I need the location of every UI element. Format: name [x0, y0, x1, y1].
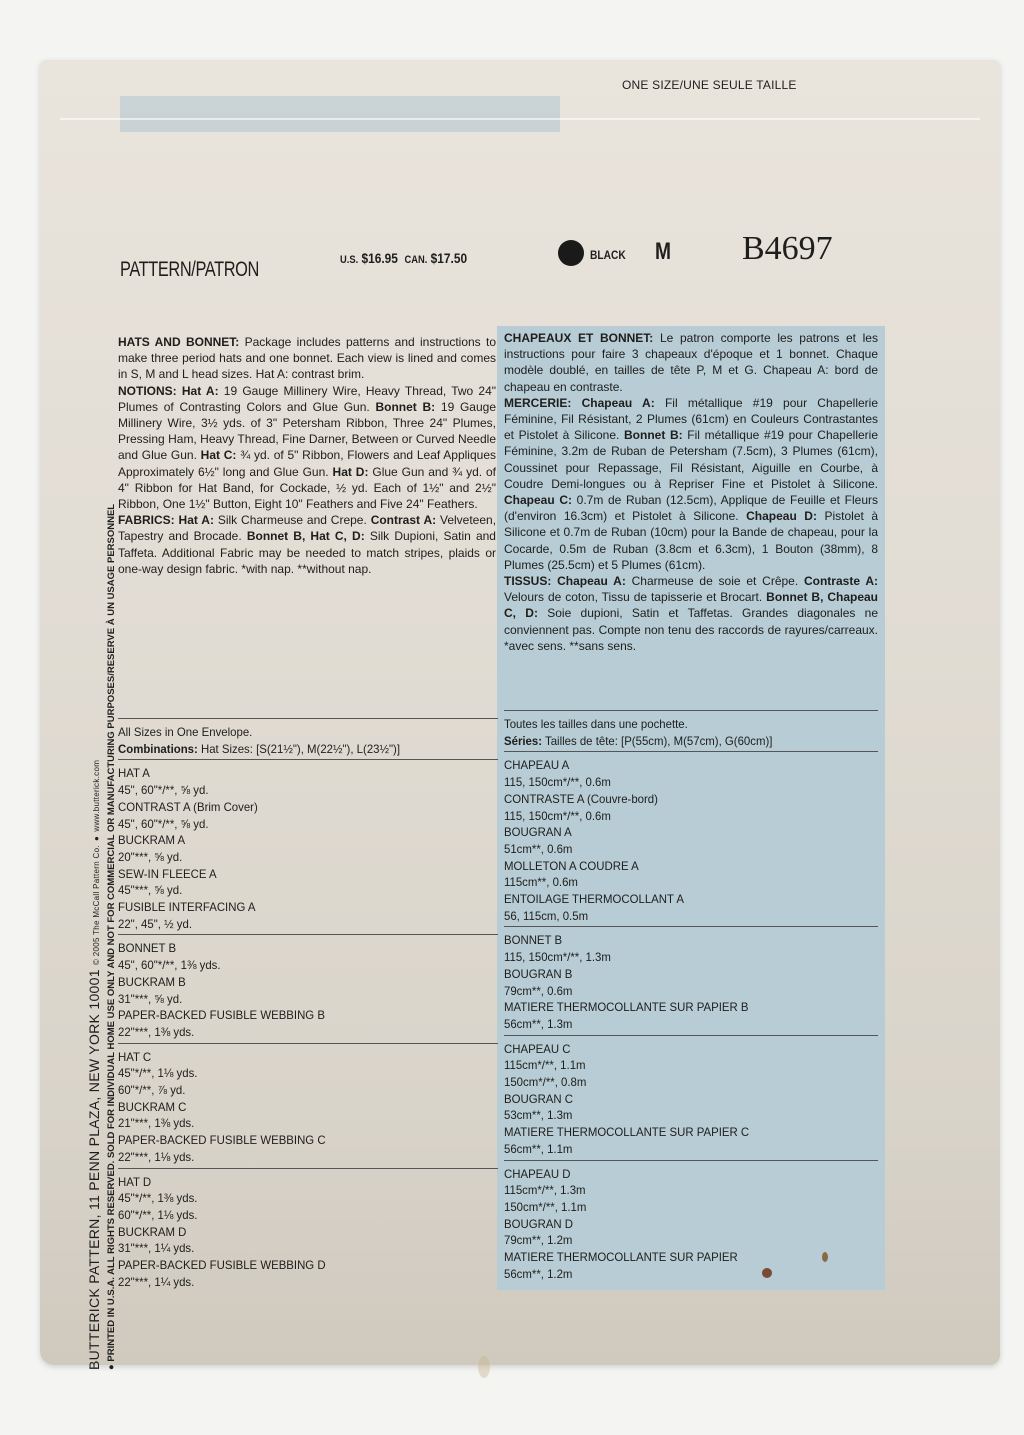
- divider: [504, 1035, 878, 1036]
- english-yardage-chart: All Sizes in One Envelope. Combinations:…: [118, 724, 498, 1291]
- yardage-item-label: BUCKRAM A: [118, 832, 479, 849]
- divider: [504, 751, 878, 752]
- envelope-header: PATTERN/PATRON U.S. $16.95 CAN. $17.50 B…: [0, 238, 1024, 278]
- publisher-vertical-text: BUTTERICK PATTERN, 11 PENN PLAZA, NEW YO…: [86, 760, 102, 1370]
- yardage-item-label: MATIERE THERMOCOLLANTE SUR PAPIER B: [504, 999, 859, 1016]
- yardage-item-value: BUCKRAM C: [118, 1099, 479, 1116]
- yardage-item-value: 45", 60"*/**, 1⅜ yds.: [118, 957, 479, 974]
- copyright: © 2005 The McCall Pattern Co.: [92, 845, 101, 965]
- yardage-item-label: HAT A: [118, 765, 479, 782]
- yardage-item-label: CHAPEAU D: [504, 1166, 859, 1183]
- torn-flap-strip: [120, 96, 560, 132]
- yardage-item-value: 56, 115cm, 0.5m: [504, 908, 859, 925]
- flap-fold-line: [60, 118, 980, 120]
- can-price: $17.50: [431, 250, 467, 266]
- publisher-address: BUTTERICK PATTERN, 11 PENN PLAZA, NEW YO…: [86, 969, 102, 1370]
- intro-heading: HATS AND BONNET:: [118, 335, 239, 349]
- yardage-item-label: 22"***, 1⅛ yds.: [118, 1149, 479, 1166]
- color-name: BLACK: [590, 248, 626, 262]
- yardage-item-label: ENTOILAGE THERMOCOLLANT A: [504, 891, 859, 908]
- divider: [118, 934, 498, 935]
- combinations-sizes: Hat Sizes: [S(21½"), M(22½"), L(23½")]: [201, 742, 400, 756]
- yardage-item-label: BOUGRAN A: [504, 824, 859, 841]
- yardage-item-label: 79cm**, 1.2m: [504, 1232, 859, 1249]
- yardage-item-label: 56cm**, 1.2m: [504, 1266, 859, 1283]
- yardage-item-label: BONNET B: [504, 932, 859, 949]
- yardage-item-value: 115, 150cm*/**, 1.3m: [504, 949, 859, 966]
- rights-notice: PRINTED IN U.S.A. ALL RIGHTS RESERVED. S…: [106, 504, 117, 1362]
- yardage-item-value: 115cm*/**, 1.1m: [504, 1057, 859, 1074]
- yardage-item-value: 115cm*/**, 1.3m: [504, 1182, 859, 1199]
- yardage-item-value: 22", 45", ½ yd.: [118, 916, 479, 933]
- yardage-item-label: BUCKRAM B: [118, 974, 479, 991]
- yardage-item-value: 45"*/**, 1⅜ yds.: [118, 1190, 479, 1207]
- mercerie-chapeau-d-heading: Chapeau D:: [746, 509, 817, 523]
- fabrics-heading: FABRICS: Hat A:: [118, 513, 214, 527]
- fabrics-contrast-heading: Contrast A:: [371, 513, 436, 527]
- website: www.butterick.com: [92, 760, 101, 832]
- fabrics-hat-a: Silk Charmeuse and Crepe.: [218, 513, 367, 527]
- divider: [118, 1043, 498, 1044]
- divider: [504, 1160, 878, 1161]
- rights-vertical-text: ● PRINTED IN U.S.A. ALL RIGHTS RESERVED.…: [106, 504, 117, 1370]
- yardage-item-value: BUCKRAM D: [118, 1224, 479, 1241]
- combinations-row: Combinations: Hat Sizes: [S(21½"), M(22½…: [118, 741, 479, 758]
- divider: [504, 710, 878, 711]
- notions-bonnet-b-heading: Bonnet B:: [375, 400, 435, 414]
- tissus-contrast-heading: Contraste A:: [804, 574, 878, 588]
- mercerie-heading: MERCERIE: Chapeau A:: [504, 396, 655, 410]
- yardage-item-label: PAPER-BACKED FUSIBLE WEBBING B: [118, 1007, 479, 1024]
- notions-heading: NOTIONS: Hat A:: [118, 384, 219, 398]
- series-sizes: Tailles de tête: [P(55cm), M(57cm), G(60…: [545, 734, 772, 748]
- tissus-heading: TISSUS: Chapeau A:: [504, 574, 626, 588]
- yardage-item-value: 20"***, ⅝ yd.: [118, 849, 479, 866]
- pattern-label: PATTERN/PATRON: [120, 258, 259, 282]
- yardage-item-value: 79cm**, 0.6m: [504, 983, 859, 1000]
- yardage-item-value: 45", 60"*/**, ⅝ yd.: [118, 816, 479, 833]
- intro-heading-fr: CHAPEAUX ET BONNET:: [504, 331, 653, 345]
- tissus-chapeau-a: Charmeuse de soie et Crêpe.: [632, 574, 799, 588]
- english-description: HATS AND BONNET: Package includes patter…: [118, 334, 496, 577]
- yardage-item-value: BOUGRAN C: [504, 1091, 859, 1108]
- combinations-heading: Combinations:: [118, 742, 198, 756]
- yardage-item-value: BOUGRAN D: [504, 1216, 859, 1233]
- size-code: M: [655, 238, 671, 266]
- yardage-item-value: 31"***, ⅝ yd.: [118, 991, 479, 1008]
- yardage-item-value: 45"***, ⅝ yd.: [118, 882, 479, 899]
- can-price-label: CAN.: [405, 254, 428, 266]
- yardage-item-label: CONTRASTE A (Couvre-bord): [504, 791, 859, 808]
- yardage-item-label: CHAPEAU A: [504, 757, 859, 774]
- stain-mark: [822, 1252, 828, 1262]
- yardage-item-label: 21"***, 1⅜ yds.: [118, 1115, 479, 1132]
- yardage-item-label: 22"***, 1¼ yds.: [118, 1274, 479, 1291]
- yardage-item-label: 60"*/**, 1⅛ yds.: [118, 1207, 479, 1224]
- yardage-item-label: 150cm*/**, 1.1m: [504, 1199, 859, 1216]
- us-price-label: U.S.: [340, 254, 358, 266]
- yardage-item-label: BOUGRAN B: [504, 966, 859, 983]
- divider: [118, 759, 498, 760]
- yardage-item-label: SEW-IN FLEECE A: [118, 866, 479, 883]
- yardage-item-value: 45"*/**, 1⅛ yds.: [118, 1065, 479, 1082]
- bullet-icon: ●: [92, 836, 101, 841]
- yardage-item-label: HAT D: [118, 1174, 479, 1191]
- yardage-item-value: 51cm**, 0.6m: [504, 841, 859, 858]
- yardage-item-label: 60"*/**, ⅞ yd.: [118, 1082, 479, 1099]
- yardage-item-value: 45", 60"*/**, ⅝ yd.: [118, 782, 479, 799]
- yardage-item-label: HAT C: [118, 1049, 479, 1066]
- size-label: ONE SIZE/UNE SEULE TAILLE: [622, 78, 797, 92]
- yardage-item-value: 115cm**, 0.6m: [504, 874, 859, 891]
- tissus-bcd: Soie dupioni, Satin et Taffetas. Grandes…: [504, 606, 878, 652]
- french-yardage-groups: CHAPEAU A115, 150cm*/**, 0.6mCONTRASTE A…: [504, 757, 878, 1282]
- yardage-item-value: 56cm**, 1.3m: [504, 1016, 859, 1033]
- mercerie-chapeau-c-heading: Chapeau C:: [504, 493, 572, 507]
- series-heading: Séries:: [504, 734, 542, 748]
- french-yardage-chart: Toutes les tailles dans une pochette. Sé…: [504, 714, 878, 1283]
- french-description: CHAPEAUX ET BONNET: Le patron comporte l…: [504, 330, 878, 654]
- us-price: $16.95: [362, 250, 398, 266]
- stain-mark: [762, 1268, 772, 1278]
- yardage-item-label: MOLLETON A COUDRE A: [504, 858, 859, 875]
- divider: [118, 1168, 498, 1169]
- color-dot-icon: [558, 240, 584, 266]
- divider: [118, 718, 498, 719]
- price-block: U.S. $16.95 CAN. $17.50: [340, 250, 467, 266]
- yardage-item-value: 22"***, 1⅜ yds.: [118, 1024, 479, 1041]
- bullet-icon: ●: [106, 1362, 117, 1370]
- yardage-item-value: 115, 150cm*/**, 0.6m: [504, 808, 859, 825]
- pattern-number: B4697: [742, 230, 833, 268]
- yardage-item-label: 31"***, 1¼ yds.: [118, 1240, 479, 1257]
- stain-mark: [478, 1356, 490, 1378]
- yardage-item-value: PAPER-BACKED FUSIBLE WEBBING C: [118, 1132, 479, 1149]
- yardage-item-value: PAPER-BACKED FUSIBLE WEBBING D: [118, 1257, 479, 1274]
- all-sizes-note: All Sizes in One Envelope.: [118, 724, 479, 741]
- tissus-contrast: Velours de coton, Tissu de tapisserie et…: [504, 590, 762, 604]
- yardage-item-label: FUSIBLE INTERFACING A: [118, 899, 479, 916]
- divider: [504, 926, 878, 927]
- yardage-item-label: BONNET B: [118, 940, 479, 957]
- mercerie-bonnet-b-heading: Bonnet B:: [624, 428, 683, 442]
- yardage-item-value: 115, 150cm*/**, 0.6m: [504, 774, 859, 791]
- all-sizes-note-fr: Toutes les tailles dans une pochette.: [504, 716, 859, 733]
- notions-hat-d-heading: Hat D:: [333, 465, 369, 479]
- notions-hat-c-heading: Hat C:: [201, 448, 237, 462]
- yardage-item-value: MATIERE THERMOCOLLANTE SUR PAPIER: [504, 1249, 859, 1266]
- series-row: Séries: Tailles de tête: [P(55cm), M(57c…: [504, 733, 859, 750]
- english-yardage-groups: HAT A45", 60"*/**, ⅝ yd.CONTRAST A (Brim…: [118, 765, 498, 1290]
- yardage-item-label: 53cm**, 1.3m: [504, 1107, 859, 1124]
- yardage-item-label: CHAPEAU C: [504, 1041, 859, 1058]
- yardage-item-label: CONTRAST A (Brim Cover): [118, 799, 479, 816]
- yardage-item-label: 56cm**, 1.1m: [504, 1141, 859, 1158]
- yardage-item-label: 150cm*/**, 0.8m: [504, 1074, 859, 1091]
- yardage-item-value: MATIERE THERMOCOLLANTE SUR PAPIER C: [504, 1124, 859, 1141]
- fabrics-bcd-heading: Bonnet B, Hat C, D:: [247, 529, 365, 543]
